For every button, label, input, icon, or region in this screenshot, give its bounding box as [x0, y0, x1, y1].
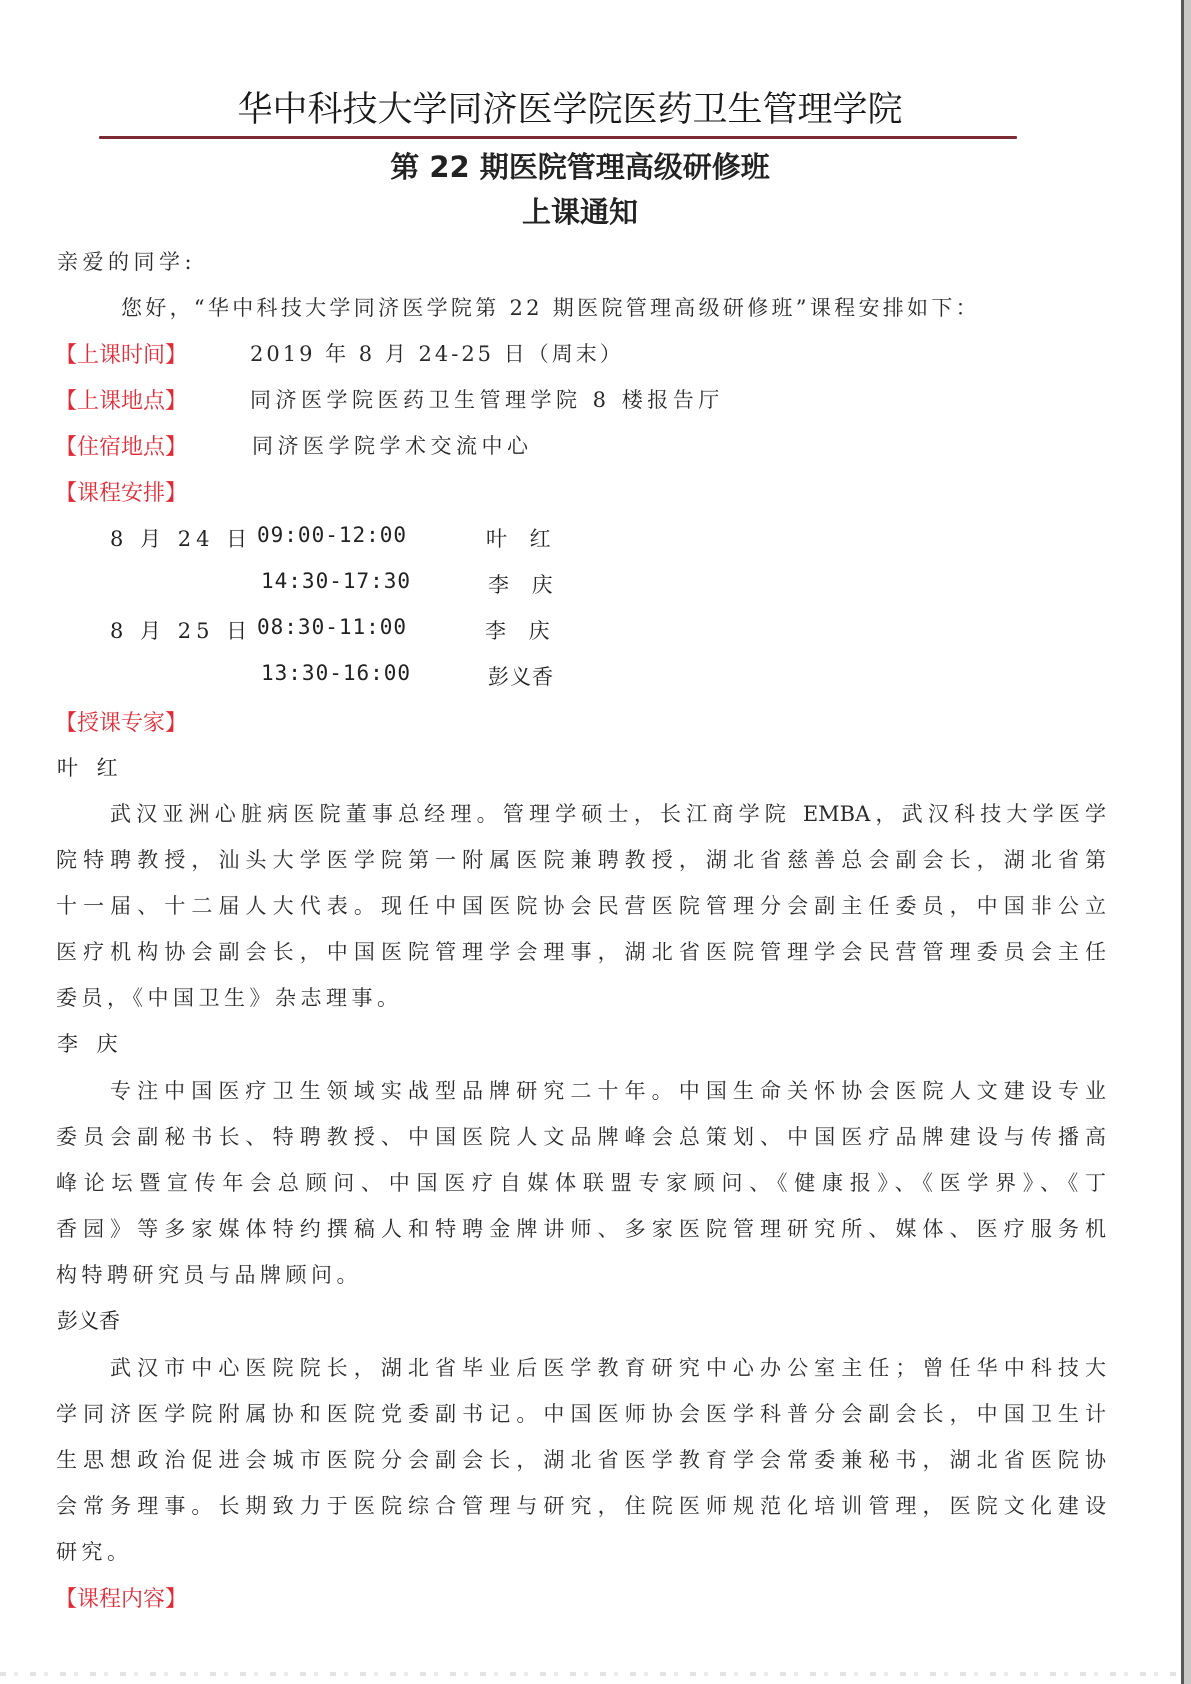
schedule-time: 14:30-17:30 [261, 569, 411, 593]
expert-bio-line: 专注中国医疗卫生领域实战型品牌研究二十年。中国生命关怀协会医院人文建设专业 [110, 1075, 1106, 1105]
schedule-lecturer: 叶 红 [486, 523, 559, 553]
expert-name: 彭义香 [57, 1305, 120, 1335]
expert-bio-line: 武汉市中心医院院长，湖北省毕业后医学教育研究中心办公室主任；曾任华中科技大 [110, 1352, 1106, 1382]
course-subtitle: 第 22 期医院管理高级研修班 [0, 145, 1160, 186]
info-value-lodging: 同济医学院学术交流中心 [252, 430, 533, 460]
schedule-label: 【课程安排】 [55, 476, 187, 507]
schedule-time: 09:00-12:00 [257, 523, 407, 547]
expert-bio-line: 委员会副秘书长、特聘教授、中国医院人文品牌峰会总策划、中国医疗品牌建设与传播高 [56, 1121, 1106, 1151]
expert-bio-line: 生思想政治促进会城市医院分会副会长，湖北省医学教育学会常委兼秘书，湖北省医院协 [56, 1444, 1106, 1474]
expert-bio-line: 学同济医学院附属协和医院党委副书记。中国医师协会医学科普分会副会长，中国卫生计 [56, 1398, 1106, 1428]
experts-label: 【授课专家】 [55, 706, 187, 737]
expert-name: 叶 红 [57, 752, 124, 782]
expert-bio-line: 峰论坛暨宣传年会总顾问、中国医疗自媒体联盟专家顾问、《健康报》、《医学界》、《丁 [56, 1167, 1106, 1197]
info-label-lodging: 【住宿地点】 [55, 430, 187, 461]
scan-edge-shadow [1184, 0, 1191, 1684]
info-value-time: 2019 年 8 月 24-25 日（周末） [250, 338, 624, 368]
expert-name: 李 庆 [57, 1028, 124, 1058]
expert-bio-line: 构特聘研究员与品牌顾问。 [56, 1259, 1106, 1289]
scan-edge-line [1181, 0, 1184, 1684]
scan-bottom-artifact [0, 1672, 1180, 1676]
schedule-lecturer: 李 庆 [485, 615, 558, 645]
intro-paragraph: 您好，“华中科技大学同济医学院第 22 期医院管理高级研修班”课程安排如下： [121, 292, 980, 322]
expert-bio-line: 武汉亚洲心脏病医院董事总经理。管理学硕士，长江商学院 EMBA，武汉科技大学医学 [110, 798, 1106, 828]
expert-bio-line: 医疗机构协会副会长，中国医院管理学会理事，湖北省医院管理学会民营管理委员会主任 [56, 936, 1106, 966]
expert-bio-line: 委员，《中国卫生》杂志理事。 [56, 982, 1106, 1012]
info-value-location: 同济医学院医药卫生管理学院 8 楼报告厅 [250, 384, 724, 414]
course-content-label: 【课程内容】 [55, 1582, 187, 1613]
notice-title: 上课通知 [0, 190, 1160, 231]
expert-bio-line: 研究。 [56, 1536, 1106, 1566]
schedule-lecturer: 彭义香 [488, 661, 554, 691]
info-label-location: 【上课地点】 [55, 384, 187, 415]
expert-bio-line: 香园》等多家媒体特约撰稿人和特聘金牌讲师、多家医院管理研究所、媒体、医疗服务机 [56, 1213, 1106, 1243]
schedule-time: 08:30-11:00 [257, 615, 407, 639]
schedule-date: 8 月 25 日 [110, 615, 252, 645]
schedule-date: 8 月 24 日 [110, 523, 252, 553]
institution-title: 华中科技大学同济医学院医药卫生管理学院 [0, 82, 1140, 132]
expert-bio-line: 院特聘教授，汕头大学医学院第一附属医院兼聘教授，湖北省慈善总会副会长，湖北省第 [56, 844, 1106, 874]
schedule-time: 13:30-16:00 [261, 661, 411, 685]
salutation: 亲爱的同学: [57, 246, 196, 276]
expert-bio-line: 会常务理事。长期致力于医院综合管理与研究，住院医师规范化培训管理，医院文化建设 [56, 1490, 1106, 1520]
schedule-lecturer: 李 庆 [488, 569, 561, 599]
document-page: 华中科技大学同济医学院医药卫生管理学院 第 22 期医院管理高级研修班 上课通知… [0, 0, 1191, 1684]
info-label-time: 【上课时间】 [55, 338, 187, 369]
expert-bio-line: 十一届、十二届人大代表。现任中国医院协会民营医院管理分会副主任委员，中国非公立 [56, 890, 1106, 920]
title-divider-rule [99, 136, 1017, 139]
